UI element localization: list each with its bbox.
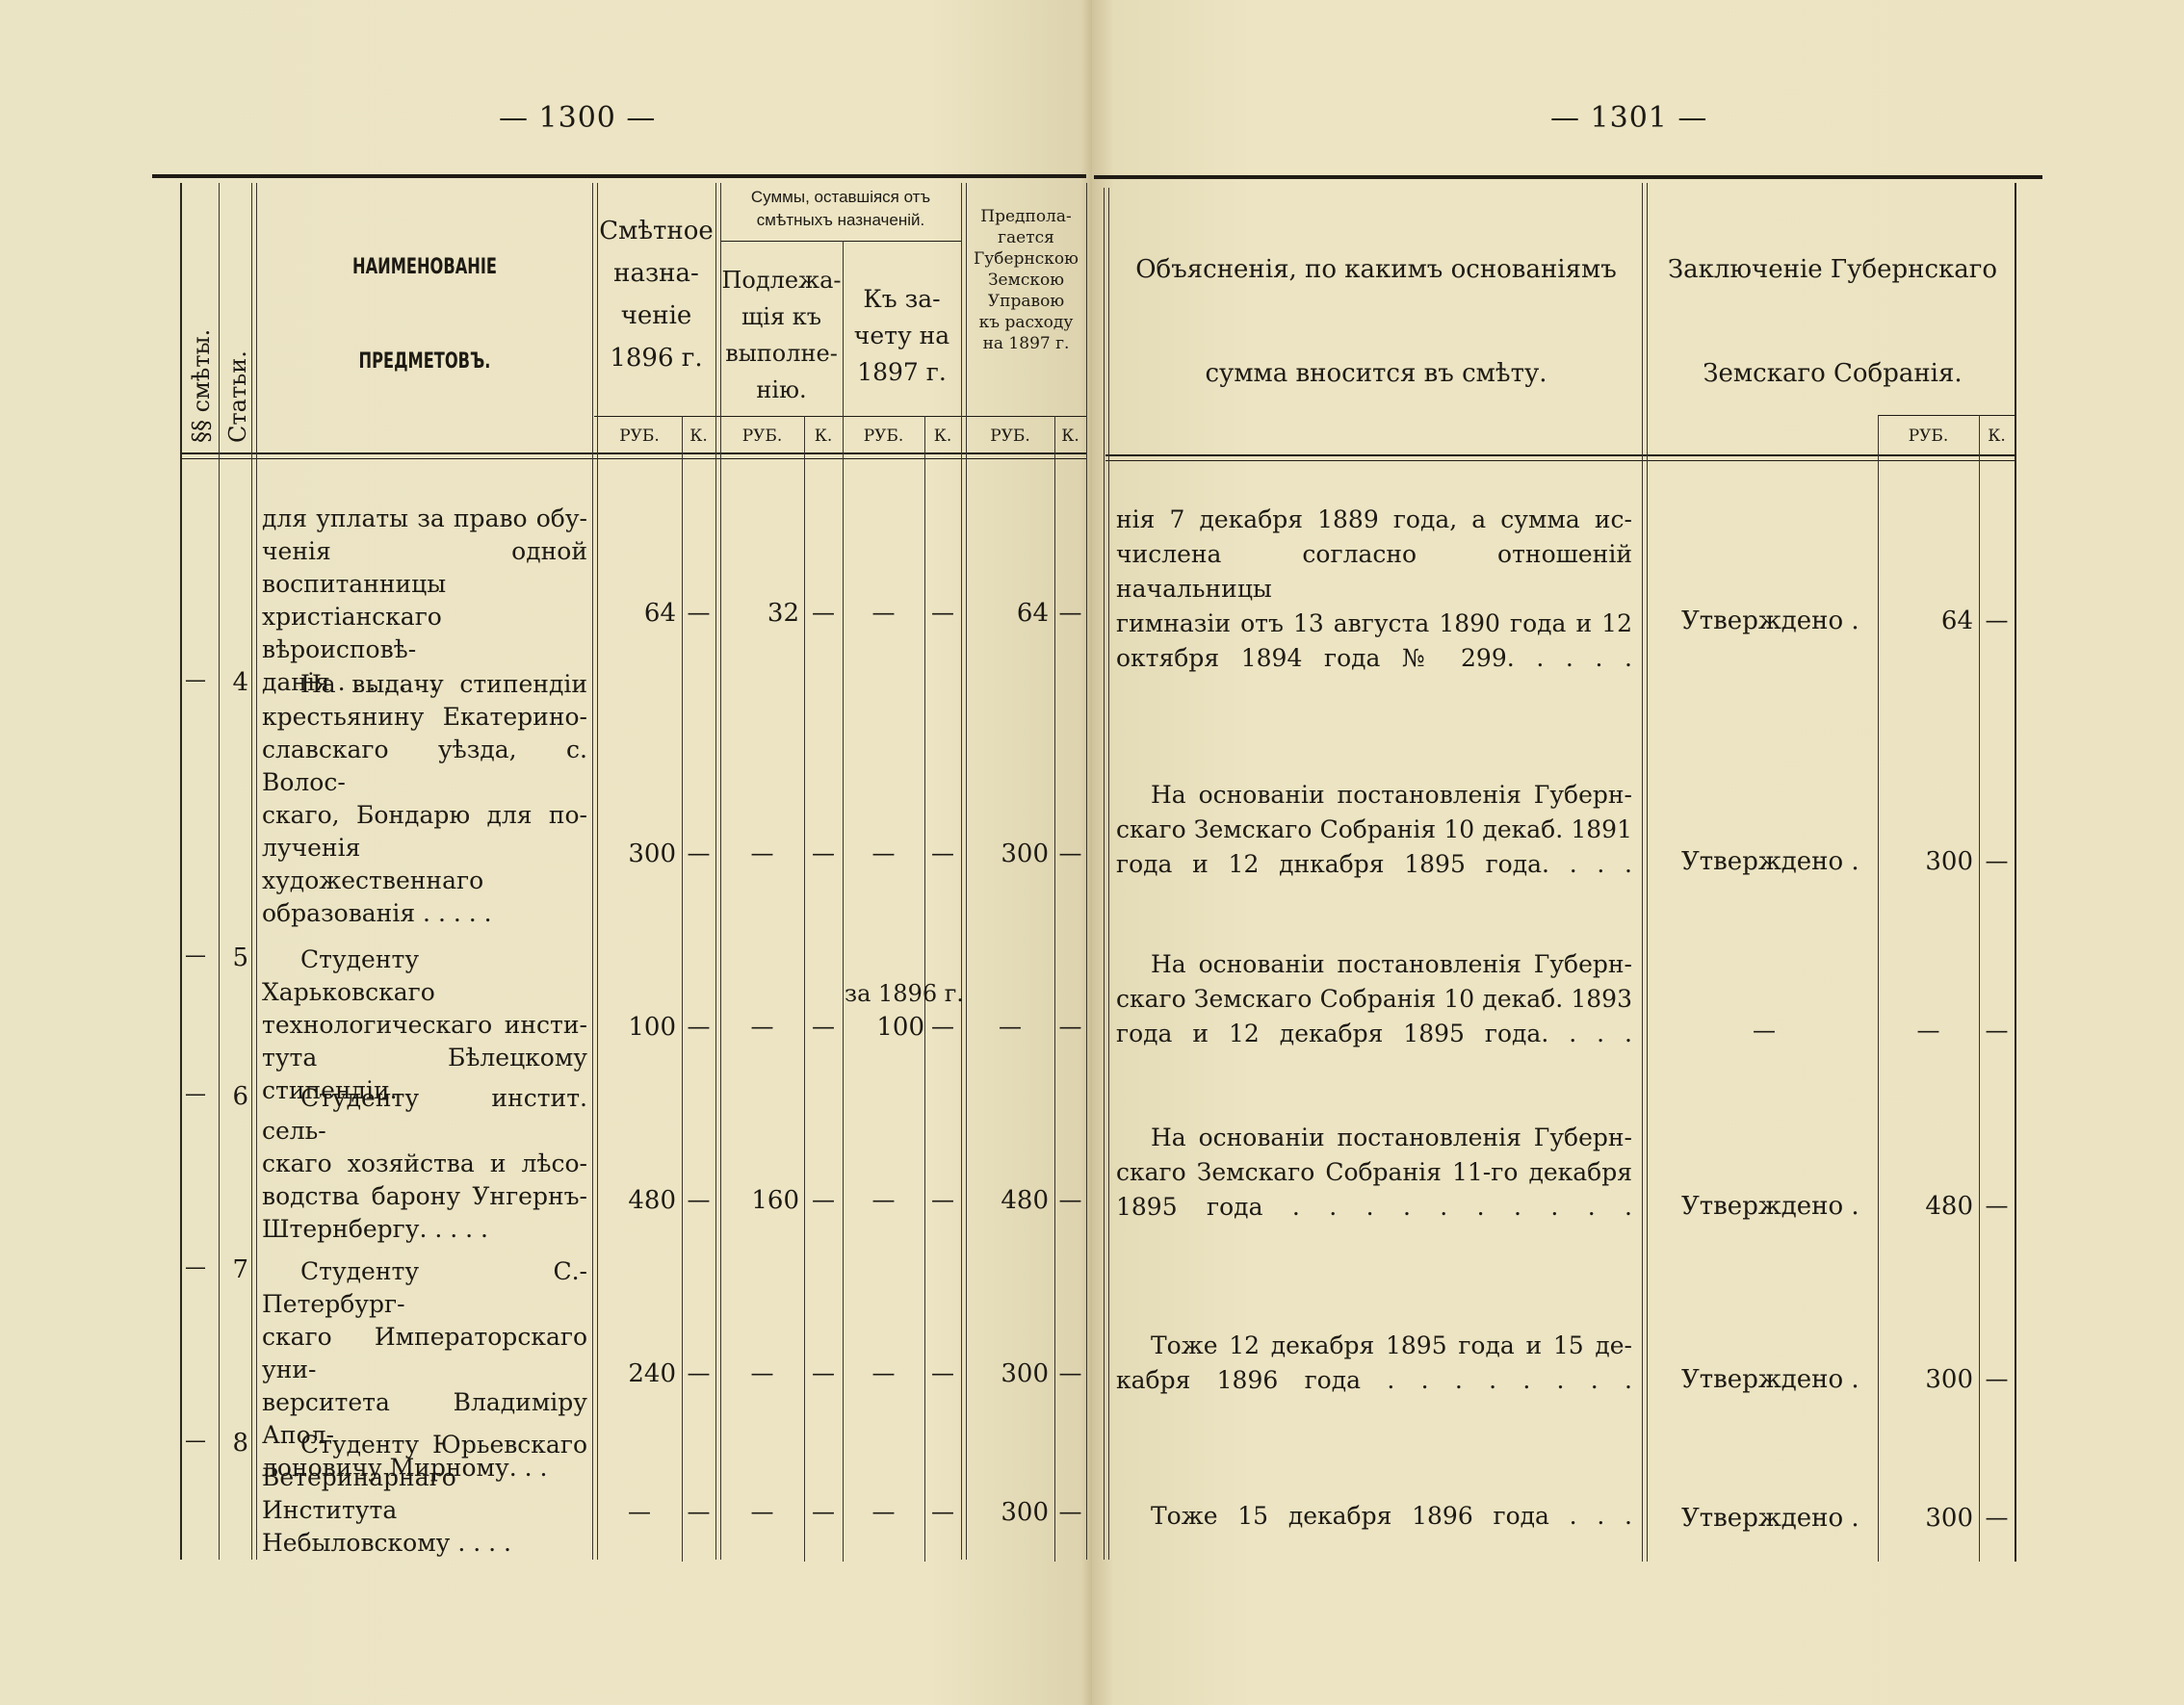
- page-number-right: — 1301 —: [1550, 101, 1707, 135]
- header-line: Губернскою: [966, 248, 1086, 270]
- estimate-kop: —: [682, 840, 715, 866]
- col-line: [180, 183, 182, 1560]
- col-line: [251, 183, 252, 1560]
- row-explanation: На основаніи постановленія Губерн- скаго…: [1116, 1121, 1632, 1225]
- unit-kop: К.: [1054, 426, 1086, 446]
- header-to-execute: Подлежа- щія къ выполне- нію.: [720, 262, 843, 408]
- col-line: [2015, 183, 2016, 1562]
- proposed-kop: —: [1054, 840, 1086, 866]
- explanation-line: 1895 года . . . . . . . . . .: [1116, 1190, 1632, 1225]
- unit-kop: К.: [924, 426, 961, 446]
- header-line: нію.: [720, 372, 843, 408]
- header-line: Подлежа-: [720, 262, 843, 298]
- explanation-line: скаго Земскаго Собранія 11-го декабря: [1116, 1155, 1632, 1190]
- conclusion-kop: —: [1979, 1017, 2015, 1044]
- explanation-line: На основаніи постановленія Губерн-: [1116, 947, 1632, 982]
- name-line: христіанскаго вѣроисповѣ-: [262, 601, 587, 666]
- row-explanation: Тоже 15 декабря 1896 года . . .: [1151, 1502, 1632, 1530]
- to-execute-kop: —: [804, 1186, 843, 1213]
- row-explanation: Тоже 12 декабря 1895 года и 15 де- кабря…: [1116, 1329, 1632, 1398]
- conclusion-text: —: [1651, 1017, 1878, 1044]
- unit-rub: РУБ.: [843, 426, 924, 446]
- proposed-kop: —: [1054, 1013, 1086, 1040]
- left-page: — 1300 — §§ смѣты. Статьи. НАИМЕНОВАНІЕ …: [0, 0, 1092, 1705]
- conclusion-rub: 300: [1878, 1365, 1973, 1394]
- header-name-1: НАИМЕНОВАНІЕ: [287, 250, 563, 285]
- to-execute-kop: —: [804, 1359, 843, 1386]
- proposed-kop: —: [1054, 1186, 1086, 1213]
- header-line: 1897 г.: [843, 354, 961, 391]
- group-rule: [720, 241, 961, 242]
- col-line: [256, 183, 257, 1560]
- name-line: скаго хозяйства и лѣсо-: [262, 1148, 587, 1180]
- name-line: технологическаго инсти-: [262, 1009, 587, 1042]
- estimate-value: 300: [597, 840, 676, 868]
- estimate-kop: —: [682, 1498, 715, 1525]
- col-line: [966, 183, 967, 1560]
- article-number: 8: [221, 1429, 248, 1458]
- article-number: 6: [221, 1082, 248, 1111]
- proposed-value: 64: [966, 599, 1049, 628]
- col-line: [1108, 188, 1109, 1560]
- header-line: Къ за-: [843, 281, 961, 318]
- to-credit-value: —: [843, 1498, 924, 1525]
- col-line: [961, 183, 962, 1560]
- article-number: 5: [221, 943, 248, 972]
- header-line: гается: [966, 227, 1086, 248]
- header-line: Управою: [966, 291, 1086, 312]
- col-line: [597, 183, 598, 1560]
- proposed-kop: —: [1054, 599, 1086, 626]
- explanation-line: октября 1894 года № 299. . . . .: [1116, 641, 1632, 676]
- to-execute-value: —: [720, 1498, 804, 1525]
- paragraph-mark: —: [185, 1429, 206, 1453]
- proposed-kop: —: [1054, 1498, 1086, 1525]
- conclusion-text: Утверждено .: [1681, 607, 1859, 635]
- header-paragraph: §§ смѣты.: [188, 329, 215, 443]
- name-line: Небыловскому . . . .: [262, 1527, 587, 1560]
- proposed-value: 480: [966, 1186, 1049, 1215]
- to-credit-kop: —: [924, 840, 961, 866]
- conclusion-kop: —: [1979, 1192, 2015, 1219]
- explanation-line: На основаніи постановленія Губерн-: [1116, 778, 1632, 813]
- to-credit-kop: —: [924, 1359, 961, 1386]
- header-explanation-1: Объясненія, по какимъ основаніямъ: [1111, 252, 1641, 287]
- paragraph-mark: —: [185, 668, 206, 692]
- name-line: славскаго уѣзда, с. Волос-: [262, 734, 587, 799]
- name-line: Студенту Юрьевскаго: [262, 1429, 587, 1461]
- col-line: [715, 183, 716, 1560]
- name-line: На выдачу стипендіи: [262, 668, 587, 701]
- estimate-kop: —: [682, 1186, 715, 1213]
- name-line: ченія одной воспитанницы: [262, 535, 587, 601]
- conclusion-rub: 300: [1878, 1504, 1973, 1533]
- right-page: — 1301 — Объясненія, по какимъ основанія…: [1092, 0, 2184, 1705]
- conclusion-rub: —: [1878, 1017, 1979, 1044]
- col-line: [804, 416, 805, 1562]
- explanation-line: скаго Земскаго Собранія 10 декаб. 1893: [1116, 982, 1632, 1017]
- conclusion-rub: 64: [1878, 607, 1973, 635]
- header-estimate-line: 1896 г.: [597, 337, 715, 379]
- header-name-2: ПРЕДМЕТОВЪ.: [287, 345, 563, 379]
- header-estimate-line: назна-: [597, 252, 715, 295]
- header-conclusion-2: Земскаго Собранія.: [1651, 356, 2015, 391]
- conclusion-text: Утверждено .: [1681, 1192, 1859, 1221]
- top-rule: [1094, 175, 2042, 179]
- proposed-value: 300: [966, 1359, 1049, 1388]
- explanation-line: Тоже 15 декабря 1896 года . . .: [1151, 1502, 1632, 1530]
- article-number: 4: [221, 668, 248, 697]
- explanation-line: года и 12 днкабря 1895 года. . . .: [1116, 847, 1632, 882]
- to-credit-value: —: [843, 840, 924, 866]
- header-line: Предпола-: [966, 206, 1086, 227]
- name-line: скаго, Бондарю для по-: [262, 799, 587, 832]
- name-line: Студенту С.-Петербург-: [262, 1255, 587, 1321]
- conclusion-kop: —: [1979, 1504, 2015, 1531]
- to-execute-kop: —: [804, 1013, 843, 1040]
- to-credit-kop: —: [924, 1498, 961, 1525]
- name-line: для уплаты за право обу-: [262, 503, 587, 535]
- header-remaining-group: Суммы, оставшіяся отъ смѣтныхъ назначені…: [720, 186, 961, 232]
- estimate-value: 480: [597, 1186, 676, 1215]
- explanation-line: кабря 1896 года . . . . . . . .: [1116, 1363, 1632, 1398]
- estimate-kop: —: [682, 1013, 715, 1040]
- header-estimate-line: ченіе: [597, 295, 715, 337]
- header-line: къ расходу: [966, 312, 1086, 333]
- to-execute-kop: —: [804, 599, 843, 626]
- row-name: Студенту инстит. сель- скаго хозяйства и…: [262, 1082, 587, 1246]
- to-credit-value: —: [843, 1186, 924, 1213]
- conclusion-kop: —: [1979, 607, 2015, 633]
- to-credit-value: 100: [843, 1013, 924, 1042]
- name-line: крестьянину Екатерино-: [262, 701, 587, 734]
- header-line: выполне-: [720, 335, 843, 372]
- to-credit-kop: —: [924, 1186, 961, 1213]
- name-line: скаго Императорскаго уни-: [262, 1321, 587, 1386]
- name-line: водства барону Унгернъ-: [262, 1180, 587, 1213]
- col-line: [1086, 183, 1087, 1560]
- name-line: Ветеринарнаго Института: [262, 1461, 587, 1527]
- col-line: [682, 416, 683, 1562]
- header-to-credit: Къ за- чету на 1897 г.: [843, 281, 961, 391]
- explanation-line: гимназіи отъ 13 августа 1890 года и 12: [1116, 607, 1632, 641]
- to-execute-value: 32: [720, 599, 799, 628]
- header-group-line: Суммы, оставшіяся отъ: [720, 186, 961, 209]
- proposed-value: 300: [966, 1498, 1049, 1527]
- col-line: [592, 183, 593, 1560]
- header-article: Статьи.: [224, 350, 251, 443]
- conclusion-kop: —: [1979, 1365, 2015, 1392]
- header-estimate-line: Смѣтное: [597, 210, 715, 252]
- col-line: [1642, 183, 1643, 1562]
- to-execute-kop: —: [804, 1498, 843, 1525]
- to-credit-value: —: [843, 599, 924, 626]
- paragraph-mark: —: [185, 1255, 206, 1279]
- unit-rub: РУБ.: [597, 426, 682, 446]
- col-line: [1647, 183, 1648, 1562]
- conclusion-kop: —: [1979, 847, 2015, 874]
- header-proposed: Предпола- гается Губернскою Земскою Упра…: [966, 206, 1086, 354]
- unit-kop: К.: [682, 426, 715, 446]
- to-credit-value: —: [843, 1359, 924, 1386]
- name-line: Студенту Харьковскаго: [262, 943, 587, 1009]
- header-rule-inner: [180, 458, 1086, 459]
- unit-kop: К.: [1979, 426, 2015, 446]
- explanation-line: года и 12 декабря 1895 года. . . .: [1116, 1017, 1632, 1051]
- row-explanation: нія 7 декабря 1889 года, а сумма ис- чис…: [1116, 503, 1632, 676]
- row-explanation: На основаніи постановленія Губерн- скаго…: [1116, 778, 1632, 882]
- to-credit-kop: —: [924, 599, 961, 626]
- to-execute-value: —: [720, 1359, 804, 1386]
- row-explanation: На основаніи постановленія Губерн- скаго…: [1116, 947, 1632, 1051]
- header-conclusion-1: Заключеніе Губернскаго: [1651, 252, 2015, 287]
- name-line: Штернбергу. . . . .: [262, 1213, 587, 1246]
- conclusion-text: Утверждено .: [1681, 847, 1859, 876]
- proposed-value: 300: [966, 840, 1049, 868]
- conclusion-text: Утверждено .: [1681, 1365, 1859, 1394]
- unit-kop: К.: [804, 426, 843, 446]
- to-execute-value: —: [720, 1013, 804, 1040]
- col-line: [1054, 416, 1055, 1562]
- page-number-left: — 1300 —: [499, 101, 656, 135]
- row-name: На выдачу стипендіи крестьянину Екатерин…: [262, 668, 587, 930]
- to-execute-value: 160: [720, 1186, 799, 1215]
- conclusion-rub: 300: [1878, 847, 1973, 876]
- header-rule: [1105, 454, 2015, 456]
- to-credit-note: за 1896 г.: [845, 980, 965, 1007]
- unit-rub: РУБ.: [720, 426, 804, 446]
- explanation-line: На основаніи постановленія Губерн-: [1116, 1121, 1632, 1155]
- paragraph-mark: —: [185, 1082, 206, 1106]
- estimate-value: 240: [597, 1359, 676, 1388]
- name-line: образованія . . . . .: [262, 897, 587, 930]
- header-line: чету на: [843, 318, 961, 354]
- units-rule: [594, 416, 1086, 417]
- header-rule: [180, 452, 1086, 454]
- explanation-line: Тоже 12 декабря 1895 года и 15 де-: [1116, 1329, 1632, 1363]
- col-line: [1104, 188, 1105, 1560]
- header-estimate: Смѣтное назна- ченіе 1896 г.: [597, 210, 715, 379]
- estimate-kop: —: [682, 599, 715, 626]
- col-line: [219, 183, 220, 1560]
- explanation-line: числена согласно отношеній начальницы: [1116, 537, 1632, 607]
- to-execute-value: —: [720, 840, 804, 866]
- estimate-value: 100: [597, 1013, 676, 1042]
- estimate-value: —: [597, 1498, 682, 1525]
- conclusion-text: Утверждено .: [1681, 1504, 1859, 1533]
- header-rule-inner: [1105, 460, 2015, 461]
- conclusion-rub: 480: [1878, 1192, 1973, 1221]
- proposed-value: —: [966, 1013, 1054, 1040]
- to-credit-kop: —: [924, 1013, 961, 1040]
- to-execute-kop: —: [804, 840, 843, 866]
- article-number: 7: [221, 1255, 248, 1284]
- name-line: лученія художественнаго: [262, 832, 587, 897]
- proposed-kop: —: [1054, 1359, 1086, 1386]
- paragraph-mark: —: [185, 943, 206, 968]
- header-line: на 1897 г.: [966, 333, 1086, 354]
- units-rule: [1878, 415, 2015, 416]
- name-line: Студенту инстит. сель-: [262, 1082, 587, 1148]
- explanation-line: нія 7 декабря 1889 года, а сумма ис-: [1116, 503, 1632, 537]
- header-line: щія къ: [720, 298, 843, 335]
- explanation-line: скаго Земскаго Собранія 10 декаб. 1891: [1116, 813, 1632, 847]
- unit-rub: РУБ.: [966, 426, 1054, 446]
- estimate-value: 64: [597, 599, 676, 628]
- header-explanation-2: сумма вносится въ смѣту.: [1111, 356, 1641, 391]
- unit-rub: РУБ.: [1878, 426, 1979, 446]
- top-rule: [152, 174, 1086, 178]
- estimate-kop: —: [682, 1359, 715, 1386]
- header-group-line: смѣтныхъ назначеній.: [720, 209, 961, 232]
- header-line: Земскою: [966, 270, 1086, 291]
- row-name: Студенту Юрьевскаго Ветеринарнаго Инстит…: [262, 1429, 587, 1560]
